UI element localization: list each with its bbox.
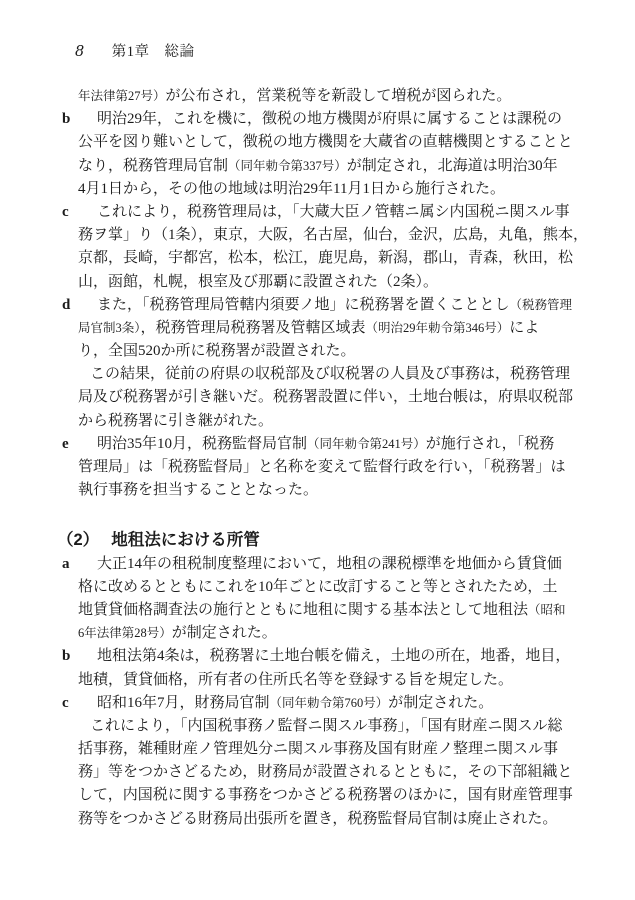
item-letter: c	[57, 201, 97, 224]
text-run-group: 地賃貸価格調査法の施行とともに地租に関する基本法として地租法（昭和	[78, 602, 566, 618]
legal-citation: （同年勅令第241号）	[307, 437, 426, 451]
text-line: 務等をつかさどる財務局出張所を置き，税務監督局官制は廃止された。	[57, 808, 568, 831]
text-run-group: 年法律第27号）が公布され，営業税等を新設して増税が図られた。	[78, 88, 511, 104]
text-run: が制定された。	[172, 625, 277, 641]
text-run-group: 局官制3条），税務管理局税務署及管轄区域表（明治29年勅令第346号）によ	[78, 320, 539, 336]
text-run-group: 京都，長崎，宇都宮，松本，松江，鹿児島，新潟，郡山，青森，秋田，松	[78, 250, 573, 266]
text-line: a大正14年の租税制度整理において，地租の課税標準を地価から賃貸価	[57, 553, 568, 576]
text-run: 大正14年の租税制度整理において，地租の課税標準を地価から賃貸価	[97, 556, 562, 572]
text-run: 昭和16年7月，財務局官制	[97, 695, 270, 711]
text-run: が制定され，北海道は明治30年	[347, 158, 558, 174]
text-run: から税務署に引き継がれた。	[78, 413, 273, 429]
text-run-group: 管理局」は「税務監督局」と名称を変えて監督行政を行い，「税務署」は	[78, 459, 566, 475]
text-run-group: なり，税務管理局官制（同年勅令第337号）が制定され，北海道は明治30年	[78, 158, 558, 174]
text-line: dまた，「税務管理局管轄内須要ノ地」に税務署を置くこととし（税務管理	[57, 294, 568, 317]
text-run: この結果，従前の府県の収税部及び収税署の人員及び事務は，税務管理	[90, 366, 570, 382]
text-run: して，内国税に関する事務をつかさどる税務署のほかに，国有財産管理事	[78, 787, 573, 803]
text-line: 公平を図り難いとして，徴税の地方機関を大蔵省の直轄機関とすることと	[57, 131, 568, 154]
text-run-group: 大正14年の租税制度整理において，地租の課税標準を地価から賃貸価	[97, 553, 562, 576]
text-line: 務」等をつかさどるため，財務局が設置されるとともに，その下部組織と	[57, 761, 568, 784]
section-heading: （2）地租法における所管	[57, 529, 568, 552]
item-letter: c	[57, 692, 97, 715]
text-line: 地賃貸価格調査法の施行とともに地租に関する基本法として地租法（昭和	[57, 599, 568, 622]
text-run-group: 明治29年，これを機に，徴税の地方機関が府県に属することは課税の	[97, 108, 562, 131]
text-run-group: 執行事務を担当することとなった。	[78, 482, 318, 498]
text-line: から税務署に引き継がれた。	[57, 410, 568, 433]
text-line: 管理局」は「税務監督局」と名称を変えて監督行政を行い，「税務署」は	[57, 456, 568, 479]
text-run-group: この結果，従前の府県の収税部及び収税署の人員及び事務は，税務管理	[90, 366, 570, 382]
item-letter: e	[57, 433, 97, 456]
text-run-group: 昭和16年7月，財務局官制（同年勅令第760号）が制定された。	[97, 692, 493, 715]
document-page: 8第1章 総論 年法律第27号）が公布され，営業税等を新設して増税が図られた。b…	[0, 0, 635, 900]
text-run: 務」等をつかさどるため，財務局が設置されるとともに，その下部組織と	[78, 764, 572, 780]
text-run: 務等をつかさどる財務局出張所を置き，税務監督局官制は廃止された。	[78, 811, 557, 827]
text-run: が制定された。	[388, 695, 493, 711]
text-line: e明治35年10月，税務監督局官制（同年勅令第241号）が施行され，「税務	[57, 433, 568, 456]
legal-citation: （同年勅令第760号）	[270, 696, 389, 710]
legal-citation: 年法律第27号）	[78, 89, 166, 103]
text-run: 山，函館，札幌，根室及び那覇に設置された（2条）。	[78, 274, 438, 290]
legal-citation: 局官制3条）	[78, 321, 141, 335]
text-line: り，全国520か所に税務署が設置された。	[57, 340, 568, 363]
text-line: 4月1日から，その他の地域は明治29年11月1日から施行された。	[57, 178, 568, 201]
text-run-group: 務等をつかさどる財務局出張所を置き，税務監督局官制は廃止された。	[78, 811, 557, 827]
text-run-group: から税務署に引き継がれた。	[78, 413, 273, 429]
text-run-group: 局及び税務署が引き継いだ。税務署設置に伴い，土地台帳は，府県収税部	[78, 389, 573, 405]
section-number: （2）	[57, 531, 99, 549]
text-run: 公平を図り難いとして，徴税の地方機関を大蔵省の直轄機関とすることと	[78, 134, 573, 150]
text-run-group: これにより，税務管理局は，「大蔵大臣ノ管轄ニ属シ内国税ニ関スル事	[97, 201, 570, 224]
text-run-group: これにより，「内国税事務ノ監督ニ関スル事務」，「国有財産ニ関スル総	[90, 718, 563, 734]
text-run-group: り，全国520か所に税務署が設置された。	[78, 343, 356, 359]
section-title: 地租法における所管	[111, 531, 260, 549]
text-run-group: また，「税務管理局管轄内須要ノ地」に税務署を置くこととし（税務管理	[97, 294, 572, 317]
text-run: なり，税務管理局官制	[78, 158, 228, 174]
text-line: 年法律第27号）が公布され，営業税等を新設して増税が図られた。	[57, 85, 568, 108]
text-run-group: 格に改めるとともにこれを10年ごとに改訂すること等とされたため，土	[78, 579, 557, 595]
text-run-group: 務ヲ掌」り（1条），東京，大阪，名古屋，仙台，金沢，広島，丸亀，熊本，	[78, 227, 588, 243]
text-run-group: 括事務，雑種財産ノ管理処分ニ関スル事務及国有財産ノ整理ニ関スル事	[78, 741, 558, 757]
text-line: 京都，長崎，宇都宮，松本，松江，鹿児島，新潟，郡山，青森，秋田，松	[57, 247, 568, 270]
legal-citation: （税務管理	[510, 298, 573, 312]
text-line: この結果，従前の府県の収税部及び収税署の人員及び事務は，税務管理	[57, 363, 568, 386]
text-run: 格に改めるとともにこれを10年ごとに改訂すること等とされたため，土	[78, 579, 557, 595]
text-line: 格に改めるとともにこれを10年ごとに改訂すること等とされたため，土	[57, 576, 568, 599]
text-line: 地積，賃貸価格，所有者の住所氏名等を登録する旨を規定した。	[57, 669, 568, 692]
text-line: これにより，「内国税事務ノ監督ニ関スル事務」，「国有財産ニ関スル総	[57, 715, 568, 738]
legal-citation: 6年法律第28号）	[78, 626, 172, 640]
text-run: 局及び税務署が引き継いだ。税務署設置に伴い，土地台帳は，府県収税部	[78, 389, 573, 405]
text-line: c昭和16年7月，財務局官制（同年勅令第760号）が制定された。	[57, 692, 568, 715]
text-run: これにより，「内国税事務ノ監督ニ関スル事務」，「国有財産ニ関スル総	[90, 718, 563, 734]
text-line: 6年法律第28号）が制定された。	[57, 622, 568, 645]
text-run: 務ヲ掌」り（1条），東京，大阪，名古屋，仙台，金沢，広島，丸亀，熊本，	[78, 227, 588, 243]
page-number: 8	[75, 44, 85, 60]
text-run: ，税務管理局税務署及管轄区域表	[141, 320, 366, 336]
text-line: 局及び税務署が引き継いだ。税務署設置に伴い，土地台帳は，府県収税部	[57, 386, 568, 409]
text-run-group: 地租法第4条は，税務署に土地台帳を備え，土地の所在，地番，地目，	[97, 645, 570, 668]
text-line: b地租法第4条は，税務署に土地台帳を備え，土地の所在，地番，地目，	[57, 645, 568, 668]
text-line: 括事務，雑種財産ノ管理処分ニ関スル事務及国有財産ノ整理ニ関スル事	[57, 738, 568, 761]
text-run: 明治29年，これを機に，徴税の地方機関が府県に属することは課税の	[97, 111, 562, 127]
text-run: によ	[509, 320, 539, 336]
item-letter: d	[57, 294, 97, 317]
text-line: して，内国税に関する事務をつかさどる税務署のほかに，国有財産管理事	[57, 784, 568, 807]
item-letter: a	[57, 553, 97, 576]
text-line: b明治29年，これを機に，徴税の地方機関が府県に属することは課税の	[57, 108, 568, 131]
text-line: cこれにより，税務管理局は，「大蔵大臣ノ管轄ニ属シ内国税ニ関スル事	[57, 201, 568, 224]
text-run: 地賃貸価格調査法の施行とともに地租に関する基本法として地租法	[78, 602, 528, 618]
text-run: また，「税務管理局管轄内須要ノ地」に税務署を置くこととし	[97, 297, 510, 313]
text-run: 括事務，雑種財産ノ管理処分ニ関スル事務及国有財産ノ整理ニ関スル事	[78, 741, 558, 757]
running-header: 8第1章 総論	[75, 44, 194, 61]
text-run-group: 務」等をつかさどるため，財務局が設置されるとともに，その下部組織と	[78, 764, 572, 780]
text-run: 京都，長崎，宇都宮，松本，松江，鹿児島，新潟，郡山，青森，秋田，松	[78, 250, 573, 266]
text-line: 局官制3条），税務管理局税務署及管轄区域表（明治29年勅令第346号）によ	[57, 317, 568, 340]
chapter-title: 第1章 総論	[112, 44, 195, 60]
text-run: が公布され，営業税等を新設して増税が図られた。	[166, 88, 512, 104]
text-run: り，全国520か所に税務署が設置された。	[78, 343, 356, 359]
text-run: が施行され，「税務	[426, 436, 554, 452]
text-run: 執行事務を担当することとなった。	[78, 482, 318, 498]
text-run-group: 地積，賃貸価格，所有者の住所氏名等を登録する旨を規定した。	[78, 672, 513, 688]
body-text: 年法律第27号）が公布され，営業税等を新設して増税が図られた。b明治29年，これ…	[57, 85, 568, 831]
text-run: 明治35年10月，税務監督局官制	[97, 436, 307, 452]
legal-citation: （明治29年勅令第346号）	[366, 321, 510, 335]
text-line: 執行事務を担当することとなった。	[57, 479, 568, 502]
item-letter: b	[57, 645, 97, 668]
text-run: 管理局」は「税務監督局」と名称を変えて監督行政を行い，「税務署」は	[78, 459, 566, 475]
text-run-group: して，内国税に関する事務をつかさどる税務署のほかに，国有財産管理事	[78, 787, 573, 803]
text-run-group: 4月1日から，その他の地域は明治29年11月1日から施行された。	[78, 181, 505, 197]
legal-citation: （同年勅令第337号）	[228, 159, 347, 173]
text-run-group: 明治35年10月，税務監督局官制（同年勅令第241号）が施行され，「税務	[97, 433, 554, 456]
text-line: 山，函館，札幌，根室及び那覇に設置された（2条）。	[57, 271, 568, 294]
text-run: これにより，税務管理局は，「大蔵大臣ノ管轄ニ属シ内国税ニ関スル事	[97, 204, 570, 220]
legal-citation: （昭和	[528, 603, 566, 617]
text-run: 4月1日から，その他の地域は明治29年11月1日から施行された。	[78, 181, 505, 197]
text-run-group: 山，函館，札幌，根室及び那覇に設置された（2条）。	[78, 274, 438, 290]
item-letter: b	[57, 108, 97, 131]
text-line: なり，税務管理局官制（同年勅令第337号）が制定され，北海道は明治30年	[57, 155, 568, 178]
text-run-group: 公平を図り難いとして，徴税の地方機関を大蔵省の直轄機関とすることと	[78, 134, 573, 150]
text-run: 地積，賃貸価格，所有者の住所氏名等を登録する旨を規定した。	[78, 672, 513, 688]
text-run: 地租法第4条は，税務署に土地台帳を備え，土地の所在，地番，地目，	[97, 648, 570, 664]
text-line: 務ヲ掌」り（1条），東京，大阪，名古屋，仙台，金沢，広島，丸亀，熊本，	[57, 224, 568, 247]
text-run-group: 6年法律第28号）が制定された。	[78, 625, 277, 641]
